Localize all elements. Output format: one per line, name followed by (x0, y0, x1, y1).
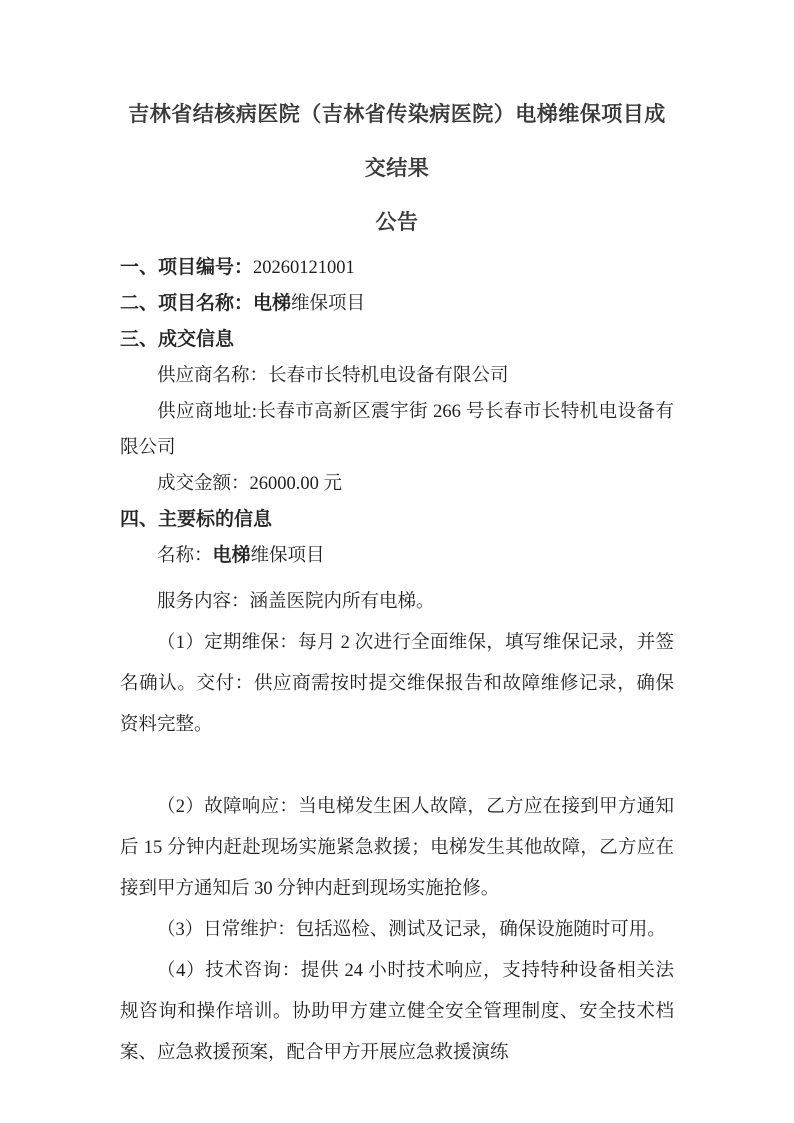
item-4-paragraph: （4）技术咨询：提供 24 小时技术响应，支持特种设备相关法规咨询和操作培训。协… (120, 951, 674, 1074)
supplier-name-line: 供应商名称：长春市长特机电设备有限公司 (120, 358, 674, 394)
document-title: 吉林省结核病医院（吉林省传染病医院）电梯维保项目成交结果 公告 (120, 88, 674, 250)
project-name-label: 二、项目名称： (120, 293, 253, 314)
supplier-address-line: 供应商地址:长春市高新区震宇街 266 号长春市长特机电设备有限公司 (120, 394, 674, 466)
project-number-line: 一、项目编号：20260121001 (120, 250, 674, 286)
deal-info-heading: 三、成交信息 (120, 322, 674, 358)
deal-amount-line: 成交金额：26000.00 元 (120, 466, 674, 502)
subject-name-line: 名称：电梯维保项目 (120, 538, 674, 574)
subject-name-prefix: 名称： (157, 546, 213, 566)
main-subject-heading: 四、主要标的信息 (120, 502, 674, 538)
subject-name-rest: 维保项目 (251, 546, 325, 566)
project-number-value: 20260121001 (253, 258, 355, 278)
project-name-line: 二、项目名称：电梯维保项目 (120, 286, 674, 322)
title-line-2: 公告 (120, 196, 674, 250)
document-content: 吉林省结核病医院（吉林省传染病医院）电梯维保项目成交结果 公告 一、项目编号：2… (120, 0, 674, 1074)
blank-line (120, 746, 674, 787)
service-content-paragraph: 服务内容：涵盖医院内所有电梯。 (120, 582, 674, 623)
item-1-paragraph: （1）定期维保：每月 2 次进行全面维保，填写维保记录，并签名确认。交付：供应商… (120, 623, 674, 746)
subject-name-bold: 电梯 (213, 545, 251, 566)
item-2-paragraph: （2）故障响应：当电梯发生困人故障，乙方应在接到甲方通知后 15 分钟内赶赴现场… (120, 787, 674, 910)
project-name-rest: 维保项目 (291, 294, 365, 314)
item-3-paragraph: （3）日常维护：包括巡检、测试及记录，确保设施随时可用。 (120, 910, 674, 951)
project-number-label: 一、项目编号： (120, 257, 253, 278)
summary-block: 一、项目编号：20260121001 二、项目名称：电梯维保项目 三、成交信息 … (120, 250, 674, 574)
title-line-1: 吉林省结核病医院（吉林省传染病医院）电梯维保项目成交结果 (120, 88, 674, 196)
project-name-bold: 电梯 (253, 293, 291, 314)
document-page: 吉林省结核病医院（吉林省传染病医院）电梯维保项目成交结果 公告 一、项目编号：2… (0, 0, 794, 1123)
service-detail-block: 服务内容：涵盖医院内所有电梯。 （1）定期维保：每月 2 次进行全面维保，填写维… (120, 582, 674, 1074)
